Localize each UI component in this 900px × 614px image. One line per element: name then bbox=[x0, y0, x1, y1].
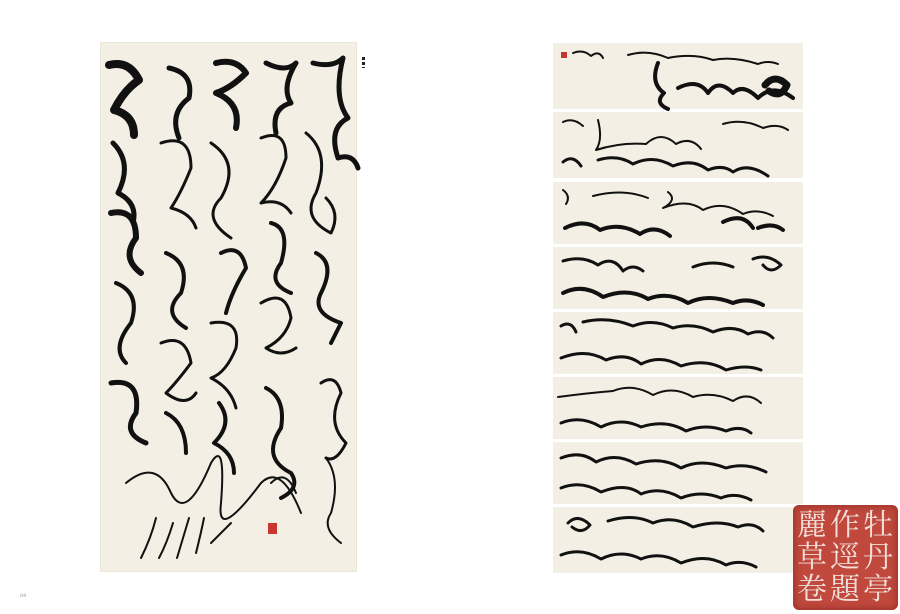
seal-glyph: 作 bbox=[830, 509, 860, 542]
seal-glyph: 牡 bbox=[863, 509, 893, 542]
vertical-caption-left bbox=[362, 57, 365, 68]
calligraphy-strokes bbox=[553, 312, 803, 374]
calligraphy-strip-2 bbox=[553, 112, 803, 178]
seal-glyph: 亭 bbox=[863, 573, 893, 606]
calligraphy-scroll-left bbox=[101, 43, 356, 571]
seal-glyph: 逕 bbox=[830, 541, 860, 574]
seal-glyph: 草 bbox=[797, 541, 827, 574]
calligraphy-strip-8 bbox=[553, 507, 803, 573]
seal-glyph: 卷 bbox=[797, 573, 827, 606]
calligraphy-strokes bbox=[553, 507, 803, 573]
calligraphy-strip-1 bbox=[553, 43, 803, 109]
seal-glyph: 麗 bbox=[797, 509, 827, 542]
seal-glyph: 丹 bbox=[863, 541, 893, 574]
calligraphy-strokes bbox=[101, 43, 356, 571]
small-red-seal bbox=[561, 52, 567, 58]
small-red-seal bbox=[268, 523, 277, 534]
calligraphy-strokes bbox=[553, 442, 803, 504]
calligraphy-strip-4 bbox=[553, 247, 803, 309]
page-number-left: 84 bbox=[20, 593, 26, 599]
calligraphy-strokes bbox=[553, 43, 803, 109]
corner-red-seal: 牡 丹 亭 作 逕 題 麗 草 卷 bbox=[793, 505, 898, 610]
left-page: 84 bbox=[0, 0, 450, 614]
calligraphy-strokes bbox=[553, 182, 803, 244]
seal-glyph: 題 bbox=[830, 573, 860, 606]
calligraphy-strip-5 bbox=[553, 312, 803, 374]
calligraphy-strip-7 bbox=[553, 442, 803, 504]
calligraphy-strip-6 bbox=[553, 377, 803, 439]
calligraphy-strip-3 bbox=[553, 182, 803, 244]
calligraphy-strokes bbox=[553, 112, 803, 178]
calligraphy-strokes bbox=[553, 247, 803, 309]
calligraphy-strokes bbox=[553, 377, 803, 439]
